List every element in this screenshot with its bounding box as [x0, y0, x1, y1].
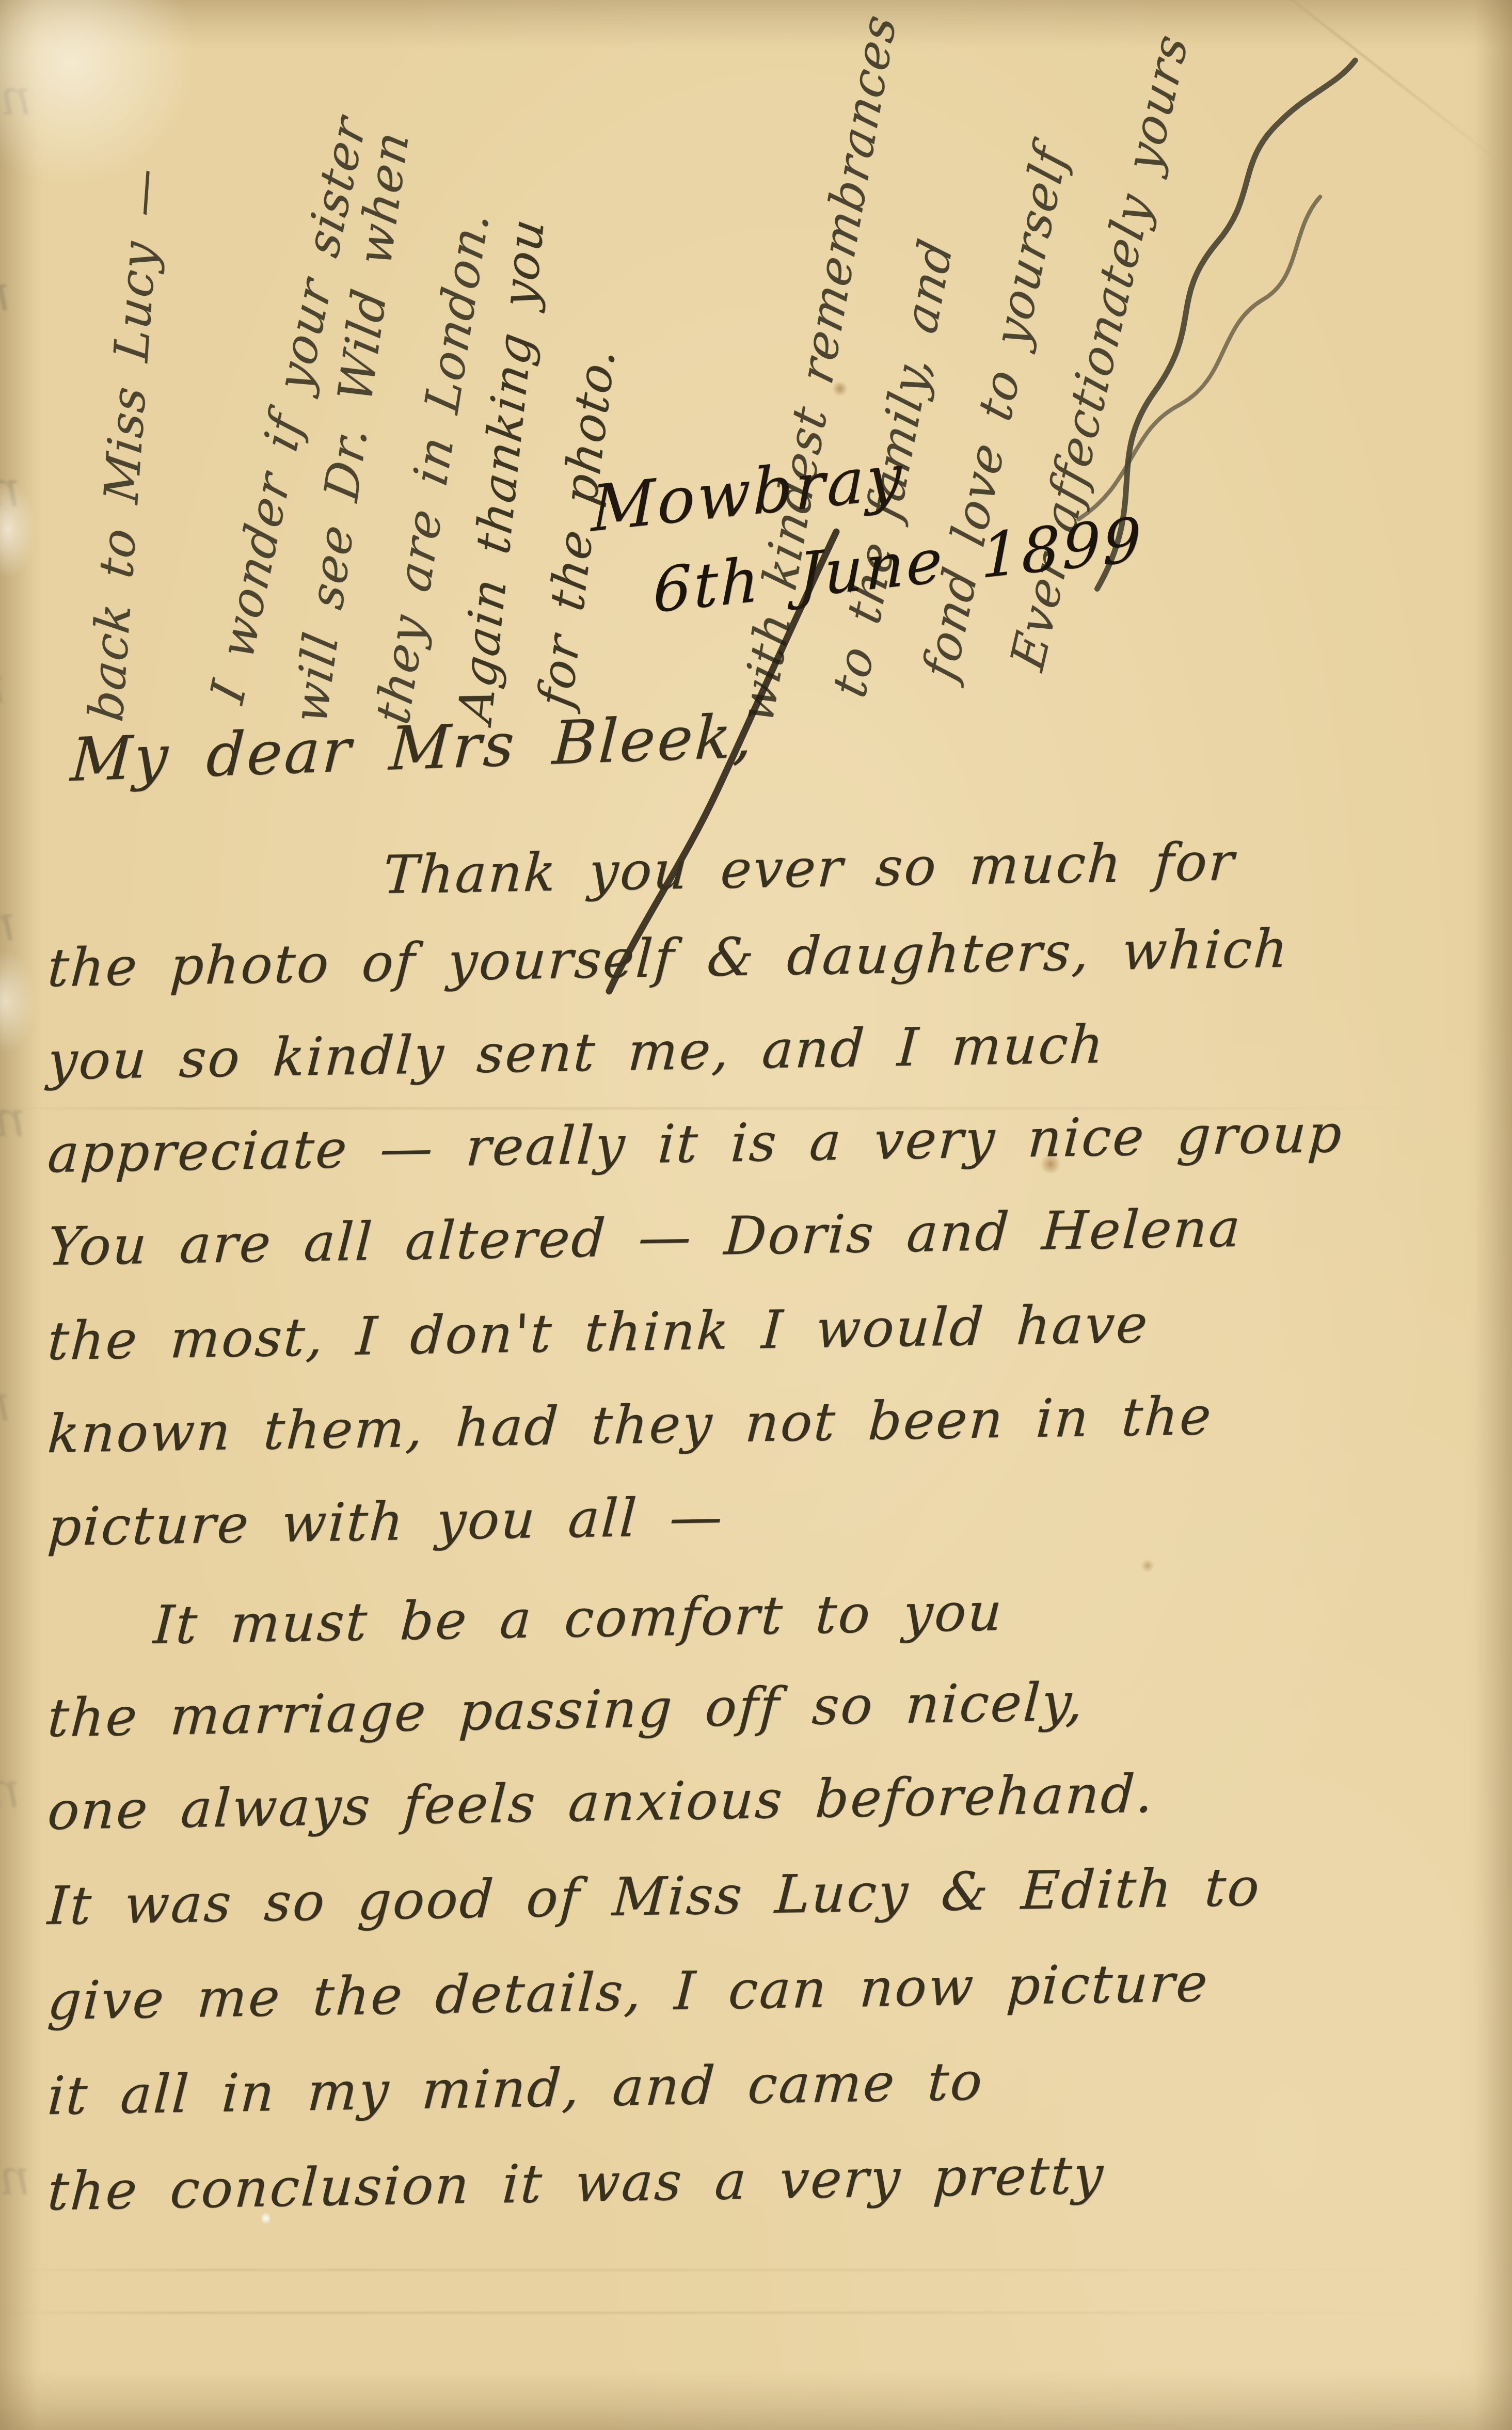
body-line: It was so good of Miss Lucy & Edith to	[46, 1861, 1262, 1933]
body-line: the conclusion it was a very pretty	[46, 2149, 1106, 2218]
edge-chip	[0, 480, 36, 578]
showthrough-line: nuwm uvnm wnu muvw unmw nuv mwvu nmu wum…	[0, 1065, 26, 1144]
edge-chip	[0, 950, 36, 1053]
body-line: one always feels anxious beforehand.	[46, 1768, 1155, 1838]
body-line: You are all altered — Doris and Helena	[46, 1202, 1243, 1274]
showthrough-line: nuwm uvnm wnu muvw unmw nuv mwvu nmu wum…	[0, 440, 21, 514]
showthrough-line: nuwm uvnm wnu muvw unmw nuv mwvu nmu wum…	[0, 1378, 11, 1477]
body-line: the photo of yourself & daughters, which	[46, 923, 1290, 995]
body-line: the most, I don't think I would have	[46, 1298, 1150, 1368]
body-line: It must be a comfort to you	[152, 1586, 1005, 1652]
body-line: the marriage passing off so nicely,	[46, 1676, 1086, 1745]
crease-diagonal	[1253, 0, 1512, 174]
showthrough-line: nuwm uvnm wnu muvw unmw nuv mwvu nmu wum…	[0, 1741, 21, 1815]
worn-corner	[0, 0, 206, 196]
letter-page: nuwm uvnm wnu muvw unmw nuv mwvu nmu wum…	[0, 0, 1512, 2430]
body-line: Thank you ever so much for	[381, 836, 1236, 902]
fox-spot	[1141, 1559, 1154, 1573]
showthrough-line: nuwm uvnm wnu muvw unmw nuv mwvu nmu wum…	[0, 268, 11, 347]
crease	[0, 1107, 1512, 1109]
salutation: My dear Mrs Bleek,	[69, 707, 756, 791]
body-line: it all in my mind, and came to	[46, 2056, 985, 2123]
showthrough-line: nuwm uvnm wnu muvw unmw nuv mwvu nmu wum…	[0, 2114, 31, 2202]
body-line: you so kindly sent me, and I much	[46, 1019, 1106, 1088]
crease	[0, 2312, 1512, 2314]
showthrough-line: nuwm uvnm wnu muvw unmw nuv mwvu nmu wum…	[0, 661, 6, 765]
cross-line: back to Miss Lucy —	[83, 164, 168, 724]
body-line: give me the details, I can now picture	[46, 1957, 1210, 2028]
showthrough-line: nuwm uvnm wnu muvw unmw nuv mwvu nmu wum…	[0, 72, 32, 181]
body-line: picture with you all —	[46, 1490, 725, 1554]
body-line: known them, had they not been in the	[46, 1390, 1214, 1462]
showthrough-line: nuwm uvnm wnu muvw unmw nuv mwvu nmu wum…	[0, 898, 16, 987]
crease	[0, 2269, 1512, 2271]
body-line: appreciate — really it is a very nice gr…	[46, 1108, 1344, 1181]
